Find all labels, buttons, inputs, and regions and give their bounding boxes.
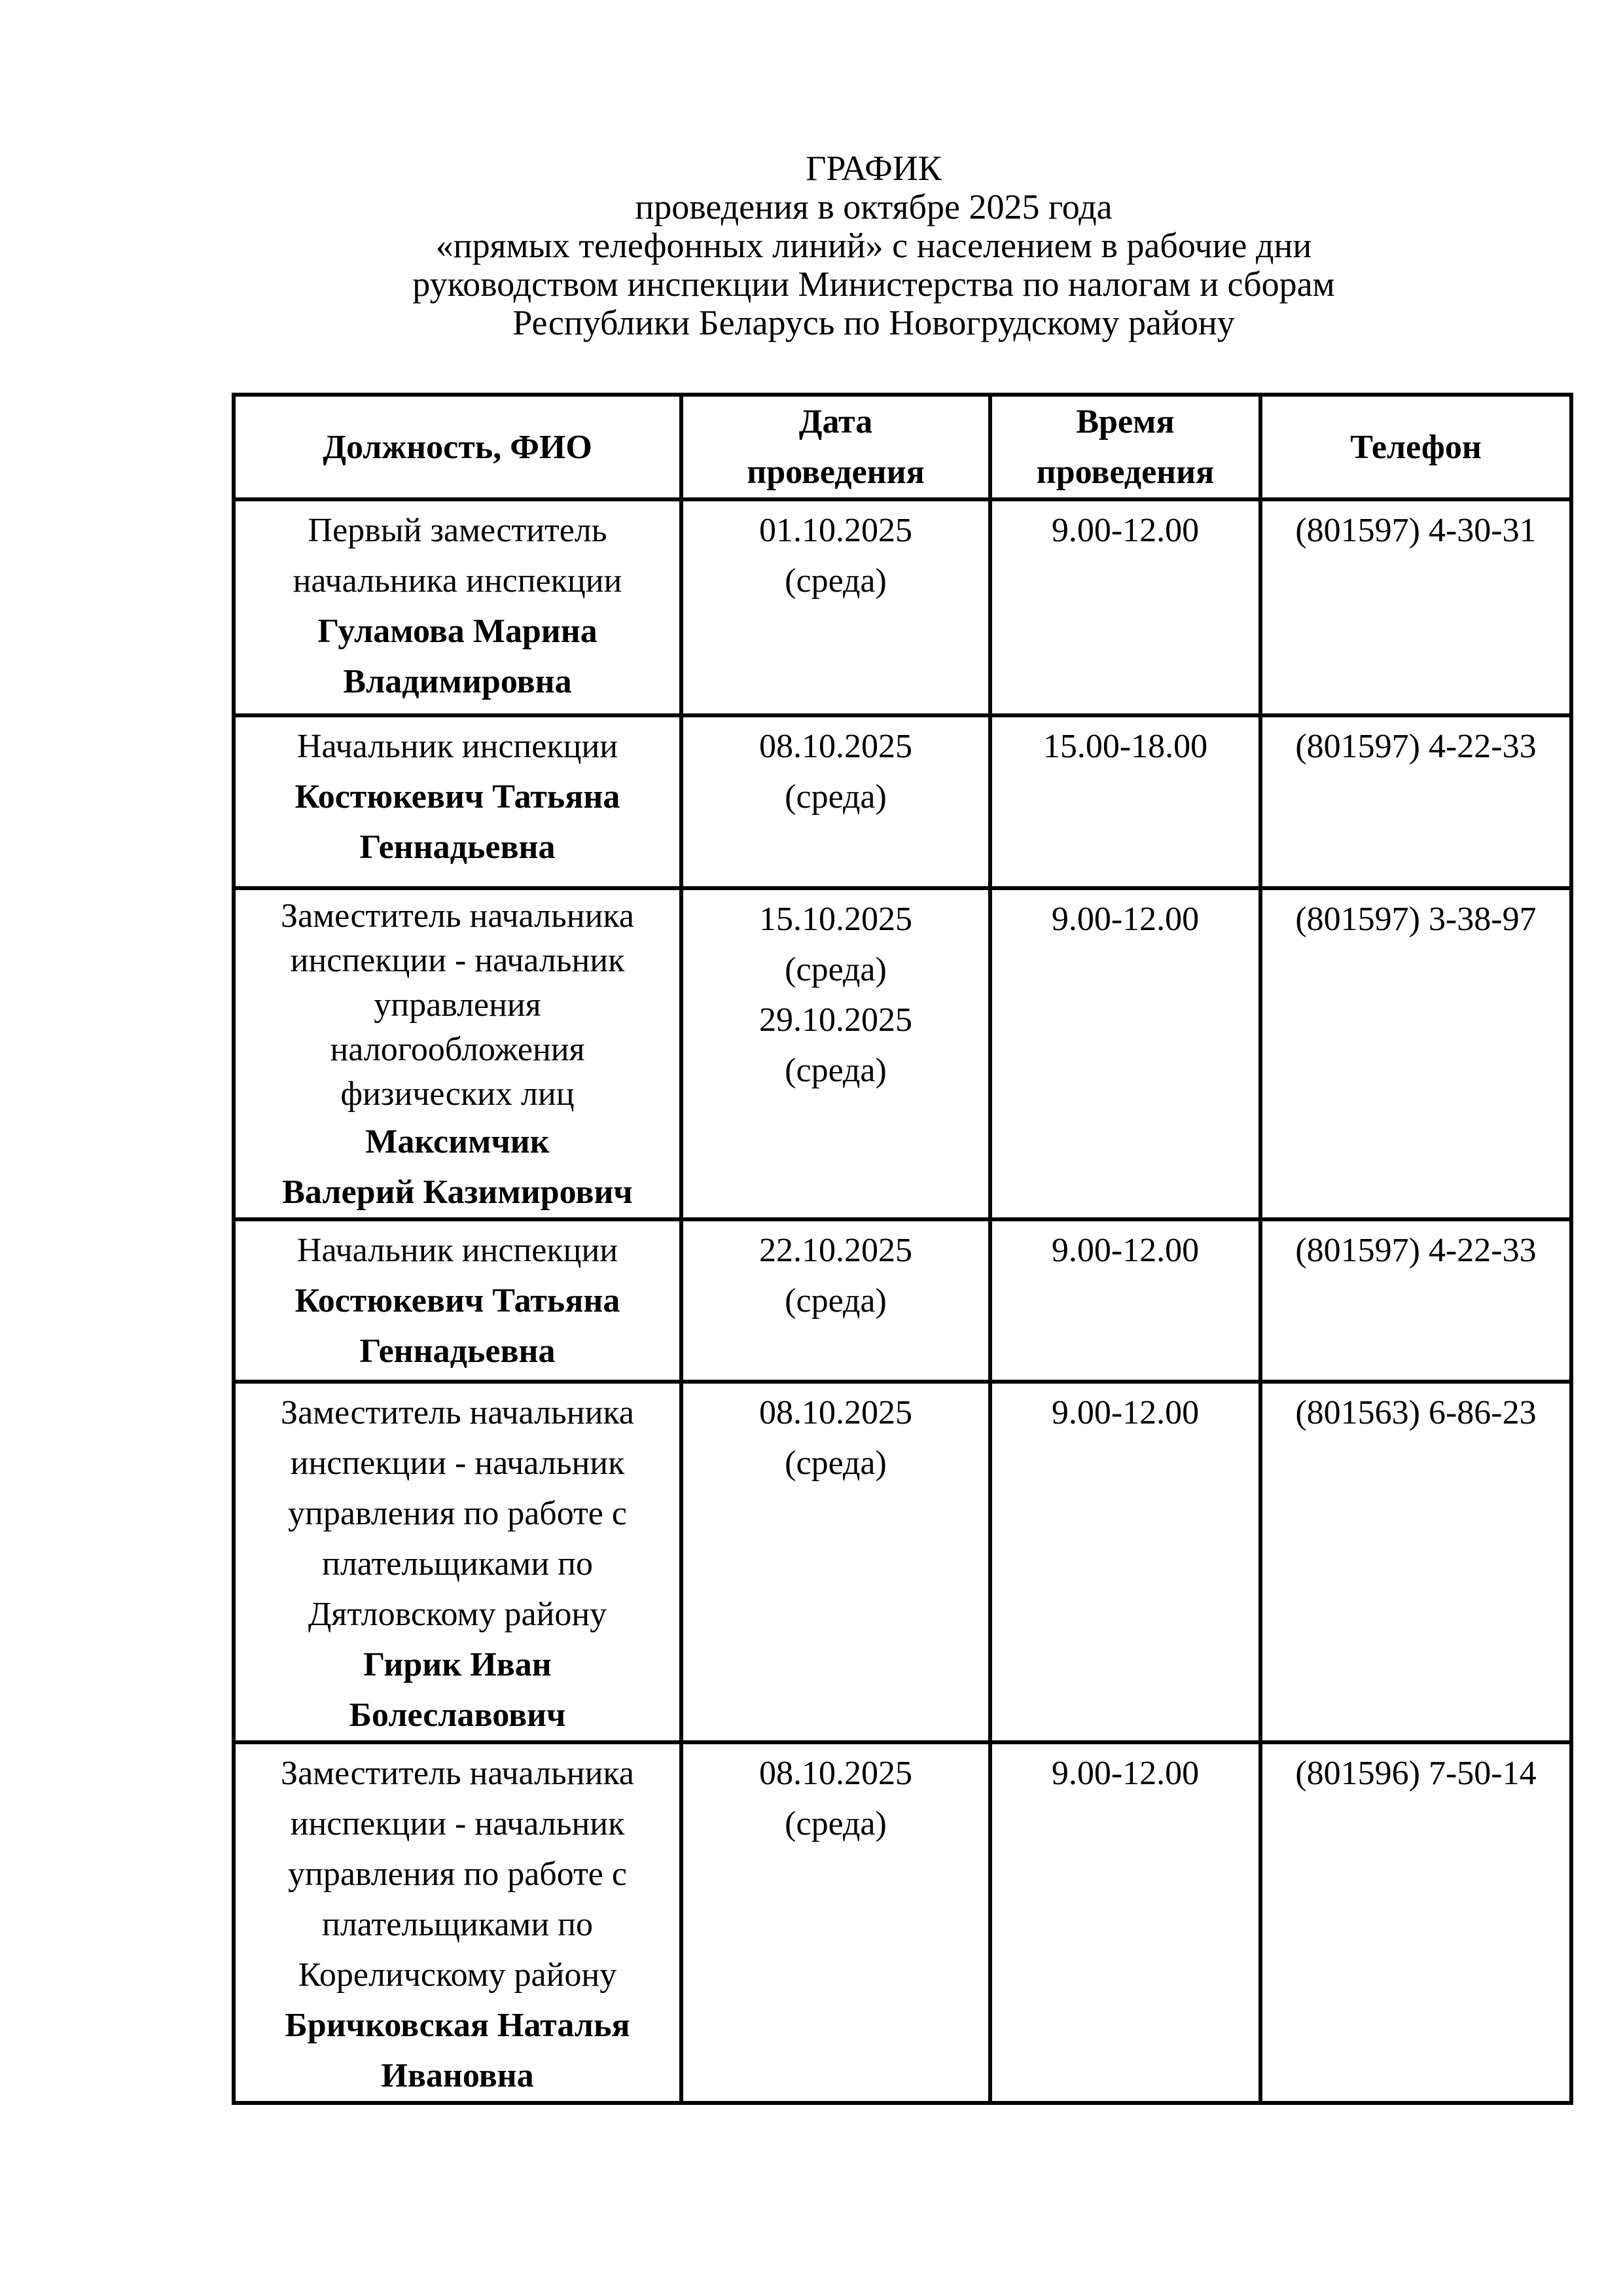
schedule-table: Должность, ФИО Дата проведения Время про…	[232, 393, 1573, 2105]
table-row: Начальник инспекцииКостюкевич ТатьянаГен…	[234, 1219, 1571, 1382]
date-value: 08.10.2025	[683, 1748, 988, 1799]
phone-number: (801597) 4-22-33	[1262, 717, 1569, 772]
title-line: руководством инспекции Министерства по н…	[0, 265, 1623, 304]
weekday-label: (среда)	[683, 944, 988, 995]
person-name: Геннадьевна	[236, 1326, 679, 1376]
phone-cell: (801597) 4-30-31	[1260, 499, 1571, 715]
position-name-cell: Заместитель начальникаинспекции - началь…	[234, 1742, 681, 2103]
time-value: 9.00-12.00	[992, 1384, 1258, 1438]
time-cell: 9.00-12.00	[990, 1219, 1260, 1382]
date-cell: 08.10.2025(среда)	[681, 1382, 990, 1742]
person-name: Геннадьевна	[236, 822, 679, 872]
phone-cell: (801597) 3-38-97	[1260, 888, 1571, 1219]
position-text: управления по работе с	[236, 1488, 679, 1539]
phone-number: (801597) 3-38-97	[1262, 890, 1569, 944]
title-line: Республики Беларусь по Новогрудскому рай…	[0, 304, 1623, 342]
person-name: Максимчик	[236, 1117, 679, 1167]
phone-number: (801597) 4-22-33	[1262, 1221, 1569, 1276]
person-name: Гирик Иван	[236, 1640, 679, 1690]
person-name: Ивановна	[236, 2051, 679, 2101]
time-cell: 9.00-12.00	[990, 1742, 1260, 2103]
date-value: 15.10.2025	[683, 894, 988, 944]
weekday-label: (среда)	[683, 556, 988, 606]
person-name: Болеславович	[236, 1690, 679, 1740]
table-row: Заместитель начальникаинспекции - началь…	[234, 1382, 1571, 1742]
time-cell: 9.00-12.00	[990, 499, 1260, 715]
position-text: Заместитель начальника	[236, 1748, 679, 1799]
time-value: 9.00-12.00	[992, 1744, 1258, 1799]
date-cell: 22.10.2025(среда)	[681, 1219, 990, 1382]
table-row: Начальник инспекцииКостюкевич ТатьянаГен…	[234, 715, 1571, 888]
position-text: инспекции - начальник	[236, 939, 679, 983]
time-value: 15.00-18.00	[992, 717, 1258, 772]
position-text: Заместитель начальника	[236, 894, 679, 939]
date-cell: 08.10.2025(среда)	[681, 715, 990, 888]
time-value: 9.00-12.00	[992, 890, 1258, 944]
date-value: 29.10.2025	[683, 995, 988, 1045]
date-cell: 01.10.2025(среда)	[681, 499, 990, 715]
position-text: инспекции - начальник	[236, 1438, 679, 1488]
position-text: Первый заместитель	[236, 505, 679, 556]
phone-cell: (801597) 4-22-33	[1260, 1219, 1571, 1382]
position-text: Начальник инспекции	[236, 1225, 679, 1276]
phone-cell: (801597) 4-22-33	[1260, 715, 1571, 888]
document-title: ГРАФИК проведения в октябре 2025 года «п…	[0, 149, 1623, 342]
position-text: Кореличскому району	[236, 1950, 679, 2000]
date-cell: 08.10.2025(среда)	[681, 1742, 990, 2103]
position-text: плательщиками по	[236, 1899, 679, 1950]
position-text: Заместитель начальника	[236, 1388, 679, 1438]
position-text: Дятловскому району	[236, 1589, 679, 1640]
person-name: Гуламова Марина	[236, 606, 679, 656]
table-row: Заместитель начальникаинспекции - началь…	[234, 888, 1571, 1219]
table-row: Первый заместительначальника инспекцииГу…	[234, 499, 1571, 715]
table-header-row: Должность, ФИО Дата проведения Время про…	[234, 395, 1571, 499]
header-phone: Телефон	[1260, 395, 1571, 499]
phone-number: (801596) 7-50-14	[1262, 1744, 1569, 1799]
header-date: Дата проведения	[681, 395, 990, 499]
phone-cell: (801563) 6-86-23	[1260, 1382, 1571, 1742]
time-value: 9.00-12.00	[992, 1221, 1258, 1276]
position-text: Начальник инспекции	[236, 721, 679, 772]
header-time: Время проведения	[990, 395, 1260, 499]
weekday-label: (среда)	[683, 1438, 988, 1488]
title-heading: ГРАФИК	[0, 149, 1623, 188]
person-name: Владимировна	[236, 656, 679, 707]
date-value: 08.10.2025	[683, 1388, 988, 1438]
header-position: Должность, ФИО	[234, 395, 681, 499]
title-line: проведения в октябре 2025 года	[0, 188, 1623, 226]
position-text: управления	[236, 983, 679, 1028]
weekday-label: (среда)	[683, 1276, 988, 1326]
weekday-label: (среда)	[683, 1045, 988, 1096]
weekday-label: (среда)	[683, 1799, 988, 1849]
person-name: Костюкевич Татьяна	[236, 772, 679, 822]
position-text: налогообложения	[236, 1028, 679, 1072]
date-value: 08.10.2025	[683, 721, 988, 772]
person-name: Костюкевич Татьяна	[236, 1276, 679, 1326]
position-name-cell: Начальник инспекцииКостюкевич ТатьянаГен…	[234, 715, 681, 888]
time-cell: 9.00-12.00	[990, 1382, 1260, 1742]
position-name-cell: Заместитель начальникаинспекции - началь…	[234, 1382, 681, 1742]
position-name-cell: Заместитель начальникаинспекции - началь…	[234, 888, 681, 1219]
person-name: Валерий Казимирович	[236, 1167, 679, 1217]
date-value: 22.10.2025	[683, 1225, 988, 1276]
position-name-cell: Начальник инспекцииКостюкевич ТатьянаГен…	[234, 1219, 681, 1382]
date-cell: 15.10.2025(среда)29.10.2025(среда)	[681, 888, 990, 1219]
date-value: 01.10.2025	[683, 505, 988, 556]
phone-number: (801597) 4-30-31	[1262, 501, 1569, 556]
time-cell: 9.00-12.00	[990, 888, 1260, 1219]
person-name: Бричковская Наталья	[236, 2000, 679, 2051]
title-line: «прямых телефонных линий» с населением в…	[0, 226, 1623, 265]
phone-cell: (801596) 7-50-14	[1260, 1742, 1571, 2103]
position-text: начальника инспекции	[236, 556, 679, 606]
position-text: инспекции - начальник	[236, 1799, 679, 1849]
position-text: плательщиками по	[236, 1539, 679, 1589]
position-text: управления по работе с	[236, 1849, 679, 1899]
table-row: Заместитель начальникаинспекции - началь…	[234, 1742, 1571, 2103]
position-text: физических лиц	[236, 1072, 679, 1117]
position-name-cell: Первый заместительначальника инспекцииГу…	[234, 499, 681, 715]
weekday-label: (среда)	[683, 772, 988, 822]
phone-number: (801563) 6-86-23	[1262, 1384, 1569, 1438]
time-value: 9.00-12.00	[992, 501, 1258, 556]
time-cell: 15.00-18.00	[990, 715, 1260, 888]
